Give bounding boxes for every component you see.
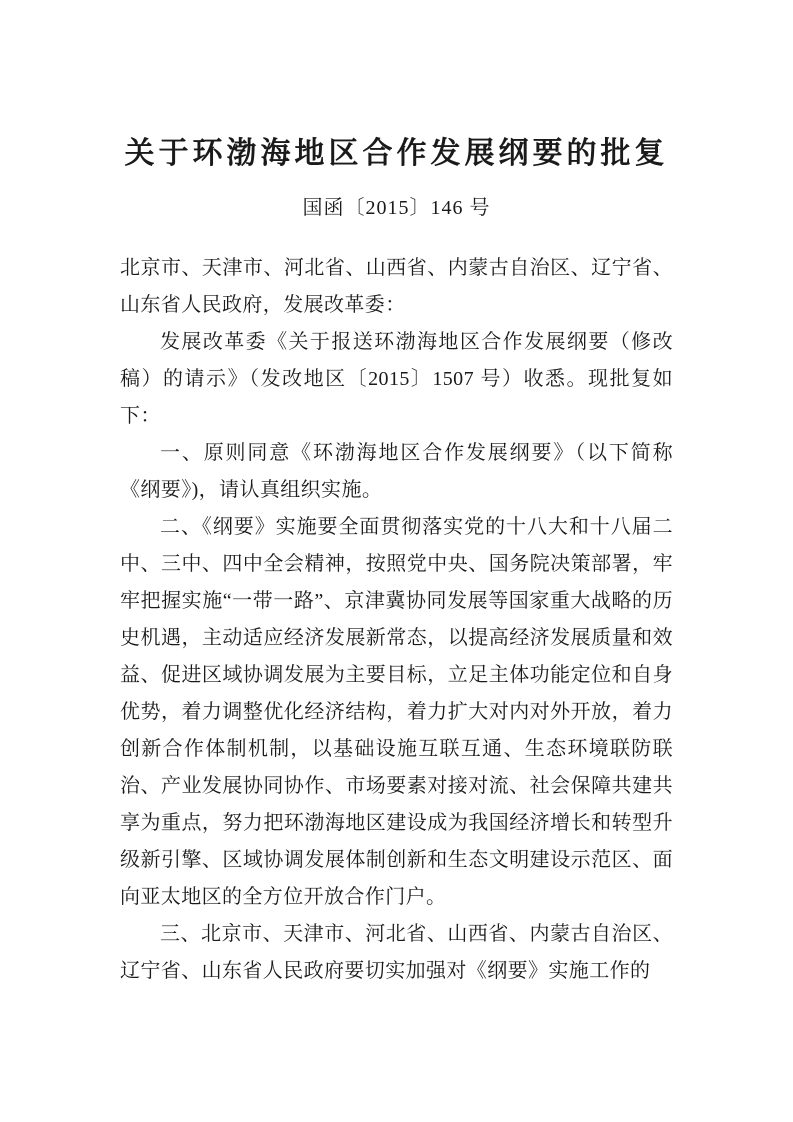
document-title: 关于环渤海地区合作发展纲要的批复 xyxy=(120,137,673,170)
paragraph-salutation: 北京市、天津市、河北省、山西省、内蒙古自治区、辽宁省、山东省人民政府，发展改革委… xyxy=(120,250,673,324)
document-number: 国函〔2015〕146 号 xyxy=(120,196,673,220)
paragraph-item-2: 二、《纲要》实施要全面贯彻落实党的十八大和十八届二中、三中、四中全会精神，按照党… xyxy=(120,509,673,916)
document-body: 北京市、天津市、河北省、山西省、内蒙古自治区、辽宁省、山东省人民政府，发展改革委… xyxy=(120,250,673,990)
document-page: 关于环渤海地区合作发展纲要的批复 国函〔2015〕146 号 北京市、天津市、河… xyxy=(0,0,793,1122)
paragraph-item-1: 一、原则同意《环渤海地区合作发展纲要》（以下简称《纲要》)，请认真组织实施。 xyxy=(120,435,673,509)
paragraph-item-3-partial: 三、北京市、天津市、河北省、山西省、内蒙古自治区、辽宁省、山东省人民政府要切实加… xyxy=(120,916,673,990)
paragraph-intro: 发展改革委《关于报送环渤海地区合作发展纲要（修改稿）的请示》（发改地区〔2015… xyxy=(120,324,673,435)
